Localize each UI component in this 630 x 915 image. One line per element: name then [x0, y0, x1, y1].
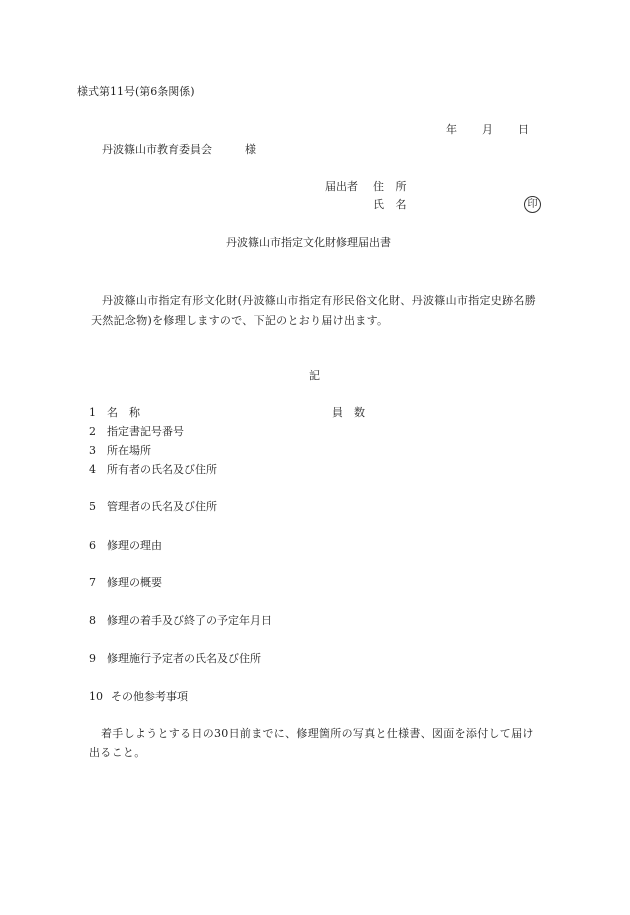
item-label: 所在場所 [107, 444, 151, 457]
addressee-name: 丹波篠山市教育委員会 [102, 144, 212, 155]
form-number: 様式第11号(第6条関係) [77, 86, 195, 97]
list-item-2: 2指定書記号番号 [89, 426, 184, 437]
item-number: 8 [89, 615, 107, 626]
addressee-honorific: 様 [245, 144, 256, 155]
item-number: 3 [89, 445, 107, 456]
list-item-7: 7修理の概要 [89, 577, 162, 588]
document-title: 丹波篠山市指定文化財修理届出書 [226, 237, 391, 248]
list-item-8: 8修理の着手及び終了の予定年月日 [89, 615, 272, 626]
seal-mark: 印 [524, 196, 541, 213]
item-number: 7 [89, 577, 107, 588]
item-number: 9 [89, 653, 107, 664]
notifier-label: 届出者 [325, 181, 358, 192]
body-line-2: 天然記念物)を修理しますので、下記のとおり届け出ます。 [91, 315, 388, 326]
seal-icon: 印 [524, 196, 541, 213]
item-number: 2 [89, 426, 107, 437]
note-line-2: 出ること。 [89, 747, 146, 758]
item-1-quantity-label: 員 数 [332, 407, 365, 418]
item-label: 修理施行予定者の氏名及び住所 [107, 652, 261, 665]
list-item-4: 4所有者の氏名及び住所 [89, 464, 217, 475]
date-year-label: 年 [446, 124, 457, 135]
date-day-label: 日 [518, 124, 529, 135]
notifier-name-label: 氏 名 [373, 199, 411, 210]
list-item-1: 1名 称 [89, 407, 140, 418]
ki-heading: 記 [309, 370, 320, 381]
item-label: 修理の理由 [107, 539, 162, 552]
item-number: 4 [89, 464, 107, 475]
date-month-label: 月 [482, 124, 493, 135]
item-label: 指定書記号番号 [107, 425, 184, 438]
item-number: 6 [89, 540, 107, 551]
item-label: 管理者の氏名及び住所 [107, 500, 217, 513]
item-label: 所有者の氏名及び住所 [107, 463, 217, 476]
list-item-10: 10その他参考事項 [89, 691, 188, 702]
list-item-3: 3所在場所 [89, 445, 151, 456]
list-item-9: 9修理施行予定者の氏名及び住所 [89, 653, 261, 664]
item-label: その他参考事項 [111, 690, 188, 703]
item-number: 5 [89, 501, 107, 512]
note-line-1: 着手しようとする日の30日前までに、修理箇所の写真と仕様書、図面を添付して届け [101, 728, 534, 739]
notifier-address-label: 住 所 [373, 181, 411, 192]
item-number: 10 [89, 691, 111, 702]
item-label: 修理の概要 [107, 576, 162, 589]
list-item-6: 6修理の理由 [89, 540, 162, 551]
body-line-1: 丹波篠山市指定有形文化財(丹波篠山市指定有形民俗文化財、丹波篠山市指定史跡名勝 [102, 295, 536, 306]
item-label: 修理の着手及び終了の予定年月日 [107, 614, 272, 627]
list-item-5: 5管理者の氏名及び住所 [89, 501, 217, 512]
item-label: 名 称 [107, 406, 140, 419]
item-number: 1 [89, 407, 107, 418]
